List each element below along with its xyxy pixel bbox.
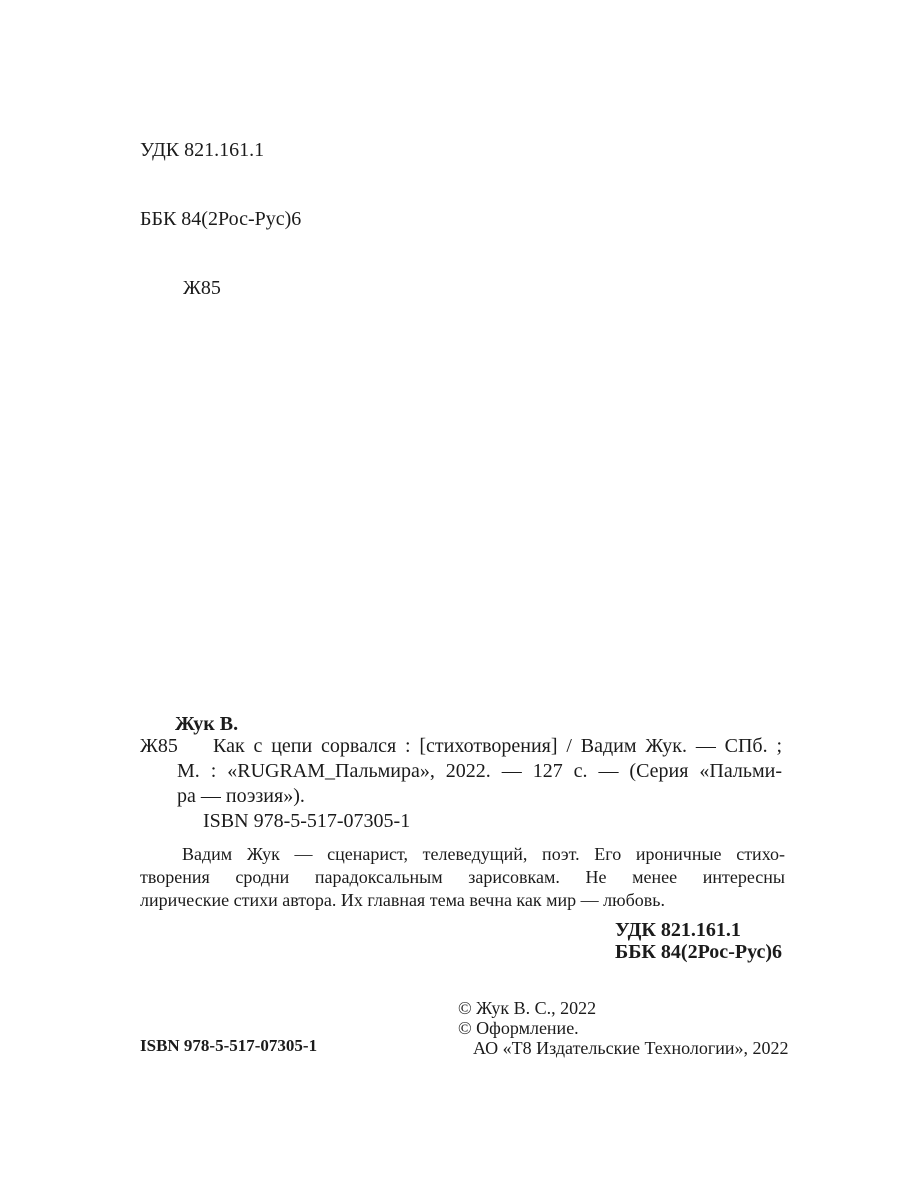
catalog-card-entry: Ж85 Как с цепи сорвался : [стихотворения… [140,734,782,809]
right-classification-block: УДК 821.161.1 ББК 84(2Рос-Рус)6 [615,919,782,963]
author-sign: Ж85 [140,277,301,300]
copyright-line: © Оформление. [458,1018,789,1038]
card-entry-row: Ж85 Как с цепи сорвался : [стихотворения… [140,734,782,759]
card-entry-line: М. : «RUGRAM_Пальмира», 2022. — 127 с. —… [177,759,782,784]
copyright-line: © Жук В. С., 2022 [458,998,789,1018]
annotation-line: творения сродни парадоксальным зарисовка… [140,866,785,889]
card-isbn: ISBN 978-5-517-07305-1 [203,809,410,834]
copyright-line: АО «Т8 Издательские Технологии», 2022 [458,1038,789,1058]
card-entry-code: Ж85 [140,734,178,759]
annotation-line: лирические стихи автора. Их главная тема… [140,889,785,912]
udc-code: УДК 821.161.1 [140,139,301,162]
imprint-page: { "top_block": { "udc": "УДК 821.161.1",… [0,0,900,1200]
bbk-code-right: ББК 84(2Рос-Рус)6 [615,941,782,963]
card-entry-line: ра — поэзия»). [177,784,782,809]
annotation-line: Вадим Жук — сценарист, телеведущий, поэт… [140,843,785,866]
bbk-code: ББК 84(2Рос-Рус)6 [140,208,301,231]
top-classification-block: УДК 821.161.1 ББК 84(2Рос-Рус)6 Ж85 [140,93,301,323]
udc-code-right: УДК 821.161.1 [615,919,782,941]
annotation-paragraph: Вадим Жук — сценарист, телеведущий, поэт… [140,843,785,912]
copyright-block: © Жук В. С., 2022 © Оформление. АО «Т8 И… [458,998,789,1058]
card-entry-line: Как с цепи сорвался : [стихотворения] / … [213,734,782,759]
footer-isbn: ISBN 978-5-517-07305-1 [140,1036,317,1056]
